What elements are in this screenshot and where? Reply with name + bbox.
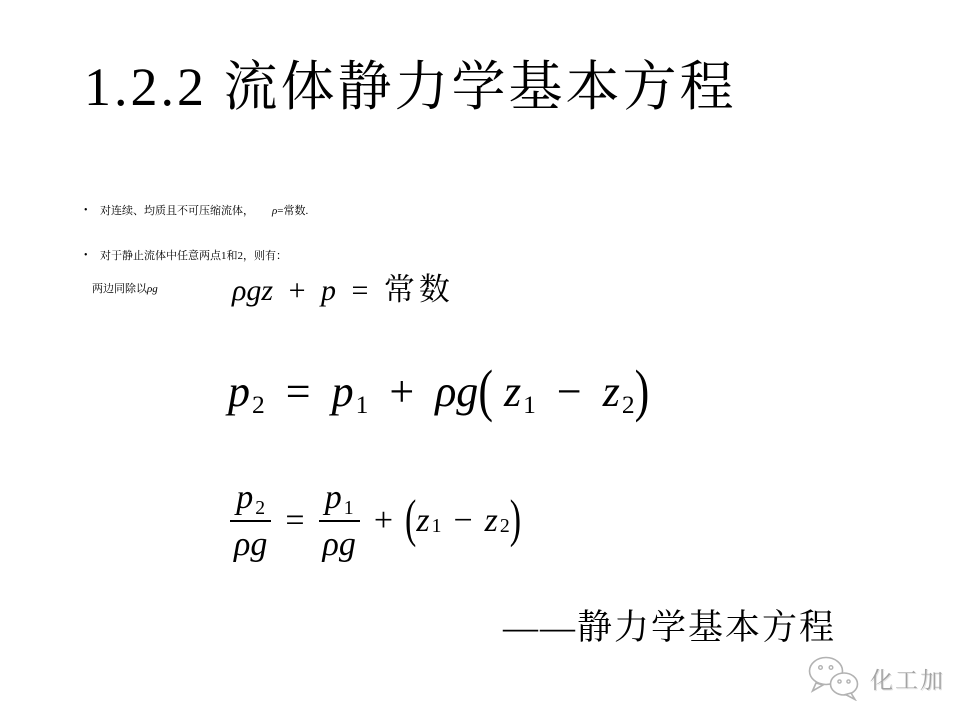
z1-subscript: 1	[523, 390, 536, 419]
equals-sign: =	[286, 367, 311, 416]
p1-subscript: 1	[344, 497, 354, 519]
p2-subscript: 2	[252, 390, 265, 419]
annotation-basic-statics-equation: ——静力学基本方程	[503, 600, 836, 650]
z2-base: z	[485, 502, 498, 540]
bullet-item-1: •对连续、均质且不可压缩流体，ρ=常数.	[84, 205, 308, 218]
z2-subscript: 2	[500, 515, 510, 538]
p2-base: p	[228, 367, 250, 416]
fraction-right: p1 ρg	[317, 478, 362, 564]
watermark-label: 化工加	[870, 662, 945, 695]
bullet-1-suffix: =常数.	[277, 205, 308, 217]
fraction-left-denominator: ρg	[228, 522, 273, 564]
z2-subscript: 2	[622, 390, 635, 419]
bullet-item-2: •对于静止流体中任意两点1和2，则有：	[84, 250, 287, 263]
plus-sign: +	[389, 367, 414, 416]
note-divide-both-sides: 两边同除以ρg	[92, 280, 158, 296]
fraction-right-numerator: p1	[319, 478, 360, 522]
bullet-marker: •	[84, 250, 100, 262]
note-math-rho-g: ρg	[147, 283, 158, 295]
z1-base: z	[504, 367, 521, 416]
z2-base: z	[603, 367, 620, 416]
open-paren: (	[478, 357, 493, 424]
formula-head-form: p2 ρg = p1 ρg + ( z1 − z2 )	[228, 478, 521, 564]
fraction-left: p2 ρg	[228, 478, 273, 564]
slide: 1.2.2 流体静力学基本方程 •对连续、均质且不可压缩流体，ρ=常数. •对于…	[0, 0, 960, 720]
plus-sign: +	[289, 274, 306, 307]
fraction-right-denominator: ρg	[317, 522, 362, 564]
close-paren: )	[635, 357, 650, 424]
minus-sign: −	[557, 367, 582, 416]
watermark: 化工加	[806, 655, 945, 701]
formula-hydrostatic-constant: ρgz + p = 常数	[232, 264, 454, 309]
formula1-constant-text: 常数	[384, 272, 454, 307]
bullet-1-text: 对连续、均质且不可压缩流体，	[100, 205, 254, 217]
formula1-p: p	[321, 274, 336, 307]
p2-subscript: 2	[255, 497, 265, 519]
p1-base: p	[332, 367, 354, 416]
open-paren: (	[405, 491, 416, 550]
bullet-marker: •	[84, 205, 100, 217]
equals-sign: =	[352, 274, 369, 307]
fraction-left-numerator: p2	[230, 478, 271, 522]
z1-subscript: 1	[432, 515, 442, 538]
formula1-lhs: ρgz	[232, 274, 273, 307]
formula-pressure-difference: p2 = p1 + ρg( z1 − z2)	[228, 366, 649, 417]
close-paren: )	[510, 491, 521, 550]
note-text: 两边同除以	[92, 283, 147, 295]
slide-title: 1.2.2 流体静力学基本方程	[84, 52, 737, 122]
wechat-bubbles-icon	[806, 655, 864, 701]
rho-g: ρg	[435, 367, 478, 416]
bullet-2-text: 对于静止流体中任意两点1和2，则有：	[100, 250, 287, 262]
z1-base: z	[416, 502, 429, 540]
minus-sign: −	[453, 502, 472, 540]
p1-subscript: 1	[356, 390, 369, 419]
plus-sign: +	[374, 502, 393, 540]
equals-sign: =	[285, 502, 304, 540]
